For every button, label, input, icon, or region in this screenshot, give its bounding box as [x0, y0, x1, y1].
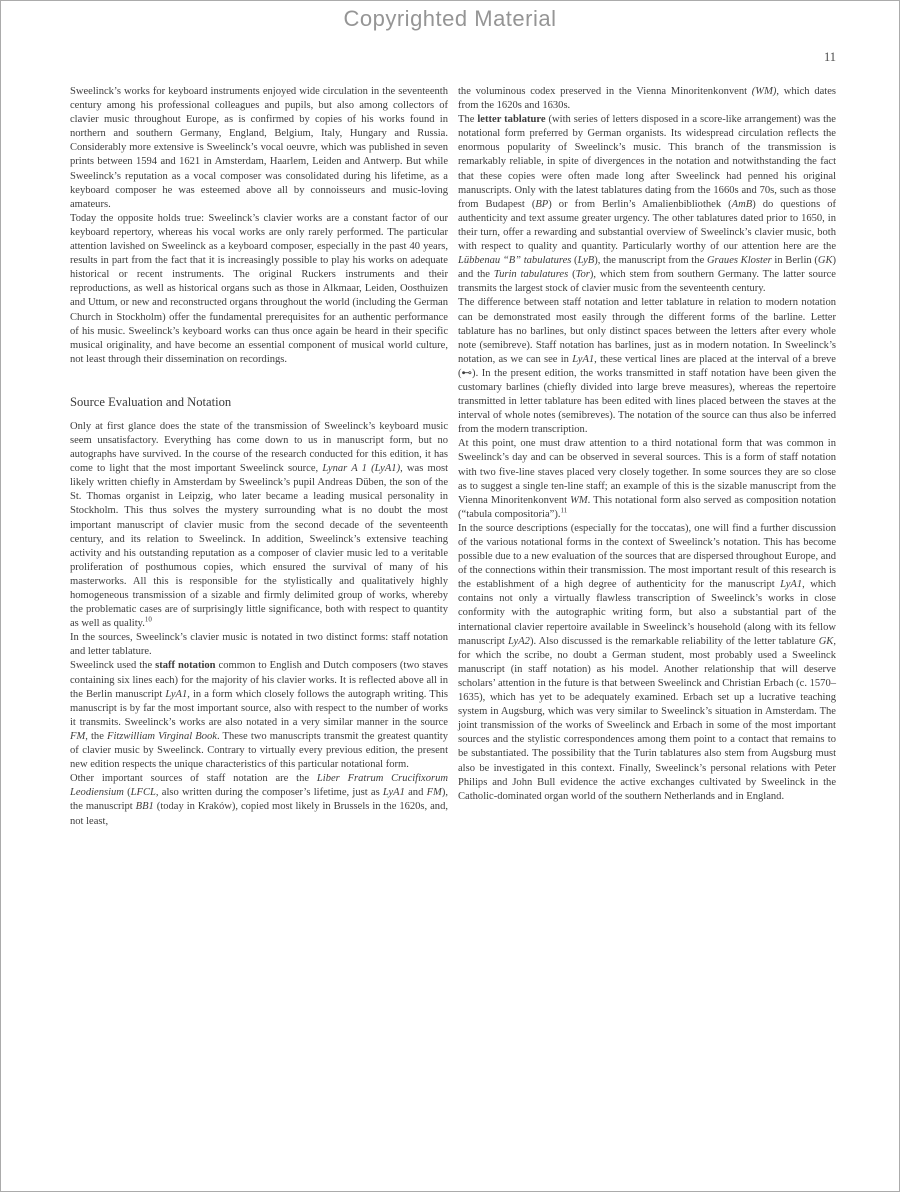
text-run: LyA1 — [780, 579, 802, 590]
text-run: , these vertical lines are placed at the… — [458, 354, 836, 435]
text-run: Today the opposite holds true: Sweelinck… — [70, 213, 448, 365]
text-run: BB1 — [136, 801, 154, 812]
text-run: the voluminous codex preserved in the Vi… — [458, 86, 752, 97]
section-gap — [70, 367, 448, 395]
text-run: , was most likely written chiefly in Ams… — [70, 463, 448, 629]
text-run: , the — [85, 731, 107, 742]
text-run: WM — [570, 495, 588, 506]
text-run: Graues Kloster — [707, 255, 772, 266]
text-run: ). Also discussed is the remarkable reli… — [530, 636, 819, 647]
text-run: Tor — [576, 269, 590, 280]
text-run: Other important sources of staff notatio… — [70, 773, 317, 784]
copyright-watermark: Copyrighted Material — [1, 6, 899, 32]
text-run: ) or from Berlin’s Amalienbibliothek ( — [548, 199, 731, 210]
paragraph: In the sources, Sweelinck’s clavier musi… — [70, 631, 448, 659]
text-run: The — [458, 114, 477, 125]
text-run: Turin tabulatures — [494, 269, 568, 280]
text-run: LyA2 — [508, 636, 530, 647]
paragraph: Sweelinck’s works for keyboard instrumen… — [70, 85, 448, 212]
text-run: staff notation — [155, 660, 215, 671]
paragraph: Only at first glance does the state of t… — [70, 420, 448, 631]
left-column: Sweelinck’s works for keyboard instrumen… — [70, 85, 448, 829]
text-run: Lynar A 1 (LyA1) — [322, 463, 400, 474]
paragraph: The difference between staff notation an… — [458, 296, 836, 437]
book-page: Copyrighted Material 11 Sweelinck’s work… — [0, 0, 900, 1192]
text-run: Sweelinck’s works for keyboard instrumen… — [70, 86, 448, 210]
paragraph: At this point, one must draw attention t… — [458, 437, 836, 522]
text-run: (WM) — [752, 86, 777, 97]
text-run: ), the manuscript from the — [594, 255, 707, 266]
paragraph: Sweelinck used the staff notation common… — [70, 659, 448, 772]
text-run: , for which the scribe, no doubt a Germa… — [458, 636, 836, 802]
text-run: Sweelinck used the — [70, 660, 155, 671]
footnote-reference: 10 — [145, 616, 152, 624]
text-run: FM — [70, 731, 85, 742]
text-run: GK — [819, 636, 834, 647]
paragraph: Today the opposite holds true: Sweelinck… — [70, 212, 448, 367]
text-run: ( — [124, 787, 131, 798]
paragraph: Other important sources of staff notatio… — [70, 772, 448, 828]
text-run: FM — [427, 787, 442, 798]
text-run: Lübbenau “B” tabulatures — [458, 255, 571, 266]
text-run: LyA1 — [165, 689, 187, 700]
text-run: in Berlin ( — [772, 255, 818, 266]
text-run: (with series of letters disposed in a sc… — [458, 114, 836, 210]
text-run: and — [405, 787, 427, 798]
page-number: 11 — [824, 50, 836, 65]
text-run: In the sources, Sweelinck’s clavier musi… — [70, 632, 448, 657]
text-run: BP — [535, 199, 548, 210]
text-run: AmB — [732, 199, 753, 210]
paragraph: the voluminous codex preserved in the Vi… — [458, 85, 836, 113]
text-run: ( — [568, 269, 575, 280]
text-run: letter tablature — [477, 114, 545, 125]
paragraph: In the source descriptions (especially f… — [458, 522, 836, 804]
text-run: , also written during the composer’s lif… — [156, 787, 383, 798]
paragraph: The letter tablature (with series of let… — [458, 113, 836, 296]
text-run: Fitzwilliam Virginal Book — [107, 731, 217, 742]
section-heading: Source Evaluation and Notation — [70, 395, 448, 410]
text-run: GK — [818, 255, 833, 266]
text-run: LyA1 — [383, 787, 405, 798]
text-columns: Sweelinck’s works for keyboard instrumen… — [70, 85, 836, 829]
text-run: LFCL — [131, 787, 156, 798]
text-run: Source Evaluation and Notation — [70, 395, 231, 409]
text-run: LyA1 — [572, 354, 594, 365]
right-column: the voluminous codex preserved in the Vi… — [458, 85, 836, 829]
text-run: LyB — [578, 255, 595, 266]
footnote-reference: 11 — [561, 506, 568, 514]
